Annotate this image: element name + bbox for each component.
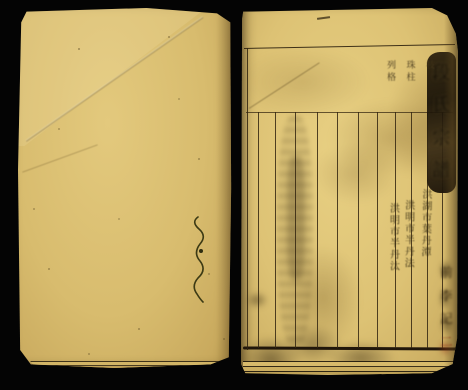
grid-column-line <box>337 112 338 348</box>
grid-column-line <box>258 112 259 348</box>
right-page: 段氏宗譜 枝珠柱列格 洪湖市葉丹潭 洪明市半丹法 洪明市半丹汰 前李記二 <box>241 8 458 375</box>
page-edge-shade <box>216 8 232 368</box>
fore-edge-shade <box>444 8 458 375</box>
annotation-column: 珠柱 <box>406 62 415 104</box>
annotation-column: 枝 <box>426 62 435 104</box>
handwritten-note: 洪湖市葉丹潭 <box>417 189 431 258</box>
paper-specks <box>18 8 20 10</box>
annotation-character: 柱 <box>406 74 415 84</box>
page-stack-edge <box>243 361 455 375</box>
grid-column-line <box>295 112 296 348</box>
left-page <box>18 8 232 368</box>
handwritten-note: 洪明市半丹汰 <box>386 203 399 272</box>
minor-crease <box>22 144 98 172</box>
annotation-character: 珠 <box>406 62 415 72</box>
top-annotation: 枝珠柱列格 <box>387 62 435 104</box>
book-photo: 段氏宗譜 枝珠柱列格 洪湖市葉丹潭 洪明市半丹法 洪明市半丹汰 前李記二 <box>0 0 468 390</box>
annotation-column: 列格 <box>387 62 396 104</box>
grid-column-line <box>358 112 359 348</box>
handwritten-note: 洪明市半丹法 <box>401 200 414 269</box>
pressed-stem-mark <box>182 213 216 305</box>
grid-column-line <box>317 112 318 348</box>
page-stack-edge <box>26 361 232 369</box>
annotation-character: 格 <box>387 74 396 84</box>
annotation-character: 列 <box>387 62 396 72</box>
grid-column-line <box>377 112 378 348</box>
annotation-character: 枝 <box>426 62 435 72</box>
fold-highlight <box>18 8 232 158</box>
grid-column-line <box>275 112 276 348</box>
